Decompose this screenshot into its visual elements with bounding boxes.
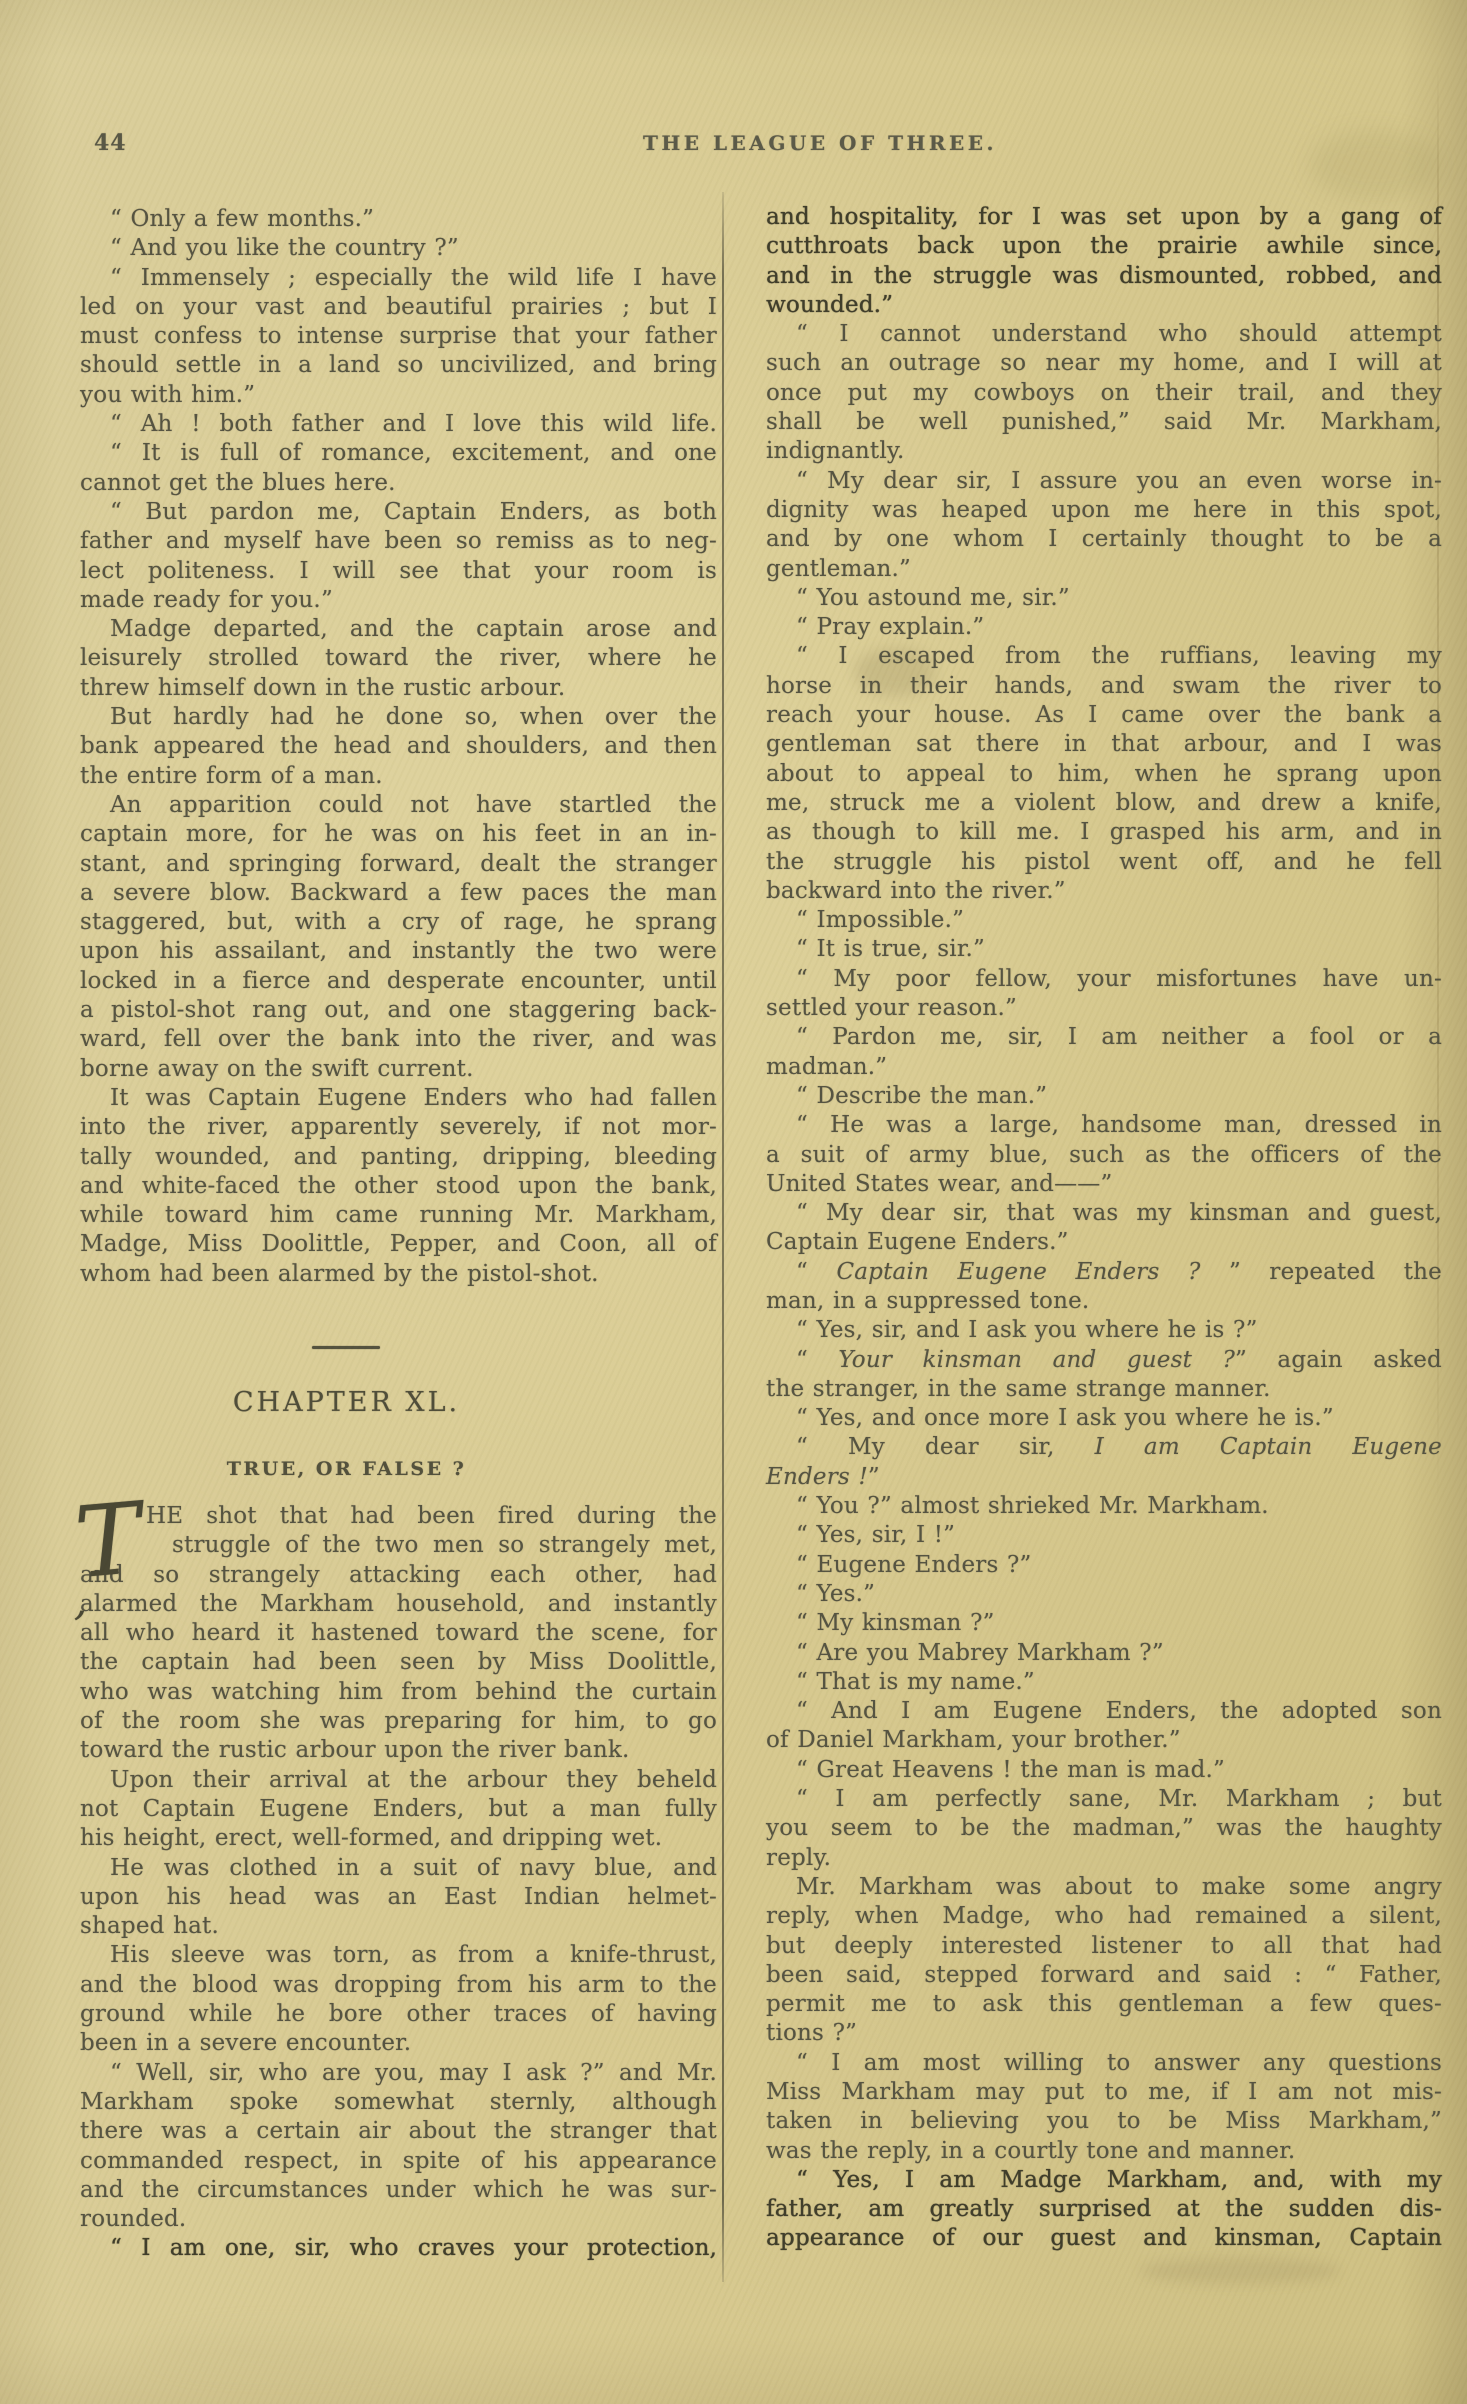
page-number: 44 xyxy=(94,130,127,156)
text-line: “ Eugene Enders ?” xyxy=(766,1551,1442,1580)
text-line: “ Yes, sir, I !” xyxy=(766,1521,1442,1550)
paragraph: “ Yes, sir, I !” xyxy=(766,1521,1442,1550)
text-line: while toward him came running Mr. Markha… xyxy=(80,1201,717,1230)
text-line: made ready for you.” xyxy=(80,586,717,615)
text-line: and hospitality, for I was set upon by a… xyxy=(766,203,1442,232)
text-line: threw himself down in the rustic arbour. xyxy=(80,674,717,703)
paragraph: “ That is my name.” xyxy=(766,1668,1442,1697)
text-line: as though to kill me. I grasped his arm,… xyxy=(766,818,1442,847)
text-line: not Captain Eugene Enders, but a man ful… xyxy=(80,1795,717,1824)
text-line: “ Yes, I am Madge Markham, and, with my xyxy=(766,2166,1442,2195)
text-line: gentleman sat there in that arbour, and … xyxy=(766,730,1442,759)
text-line: of Daniel Markham, your brother.” xyxy=(766,1726,1442,1755)
text-line: ward, fell over the bank into the river,… xyxy=(80,1025,717,1054)
text-line: been said, stepped forward and said : “ … xyxy=(766,1961,1442,1990)
text-line: must confess to intense surprise that yo… xyxy=(80,322,717,351)
text-line: “ Well, sir, who are you, may I ask ?” a… xyxy=(80,2059,717,2088)
text-line: Miss Markham may put to me, if I am not … xyxy=(766,2078,1442,2107)
text-line: leisurely strolled toward the river, whe… xyxy=(80,644,717,673)
text-line: “ My dear sir, I assure you an even wors… xyxy=(766,467,1442,496)
paragraph: “ Impossible.” xyxy=(766,906,1442,935)
paragraph: “ Are you Mabrey Markham ?” xyxy=(766,1639,1442,1668)
text-line: “ Yes, sir, and I ask you where he is ?” xyxy=(766,1316,1442,1345)
text-line: commanded respect, in spite of his appea… xyxy=(80,2147,717,2176)
text-line: and the circumstances under which he was… xyxy=(80,2176,717,2205)
text-line: reply. xyxy=(766,1844,1442,1873)
text-line: “ My kinsman ?” xyxy=(766,1609,1442,1638)
text-line: his height, erect, well-formed, and drip… xyxy=(80,1824,717,1853)
text-line: “ And I am Eugene Enders, the adopted so… xyxy=(766,1697,1442,1726)
paragraph: “ My dear sir, that was my kinsman and g… xyxy=(766,1199,1442,1258)
text-line: Upon their arrival at the arbour they be… xyxy=(80,1766,717,1795)
text-line: backward into the river.” xyxy=(766,877,1442,906)
chapter-subheading: TRUE, OR FALSE ? xyxy=(80,1456,613,1482)
text-line: “ You ?” almost shrieked Mr. Markham. xyxy=(766,1492,1442,1521)
paragraph: THE shot that had been fired during thes… xyxy=(80,1502,717,1766)
paragraph: “ You astound me, sir.” xyxy=(766,584,1442,613)
text-line: such an outrage so near my home, and I w… xyxy=(766,349,1442,378)
text-line: cutthroats back upon the prairie awhile … xyxy=(766,232,1442,261)
text-line: “ It is full of romance, excitement, and… xyxy=(80,439,717,468)
paragraph: “ I escaped from the ruffians, leaving m… xyxy=(766,642,1442,906)
text-line: Madge departed, and the captain arose an… xyxy=(80,615,717,644)
text-line: locked in a fierce and desperate encount… xyxy=(80,967,717,996)
text-line: and by one whom I certainly thought to b… xyxy=(766,525,1442,554)
paragraph: An apparition could not have startled th… xyxy=(80,791,717,1084)
paragraph: “ I am perfectly sane, Mr. Markham ; but… xyxy=(766,1785,1442,1873)
text-line: “ Pardon me, sir, I am neither a fool or… xyxy=(766,1023,1442,1052)
text-line: bank appeared the head and shoulders, an… xyxy=(80,732,717,761)
text-line: been in a severe encounter. xyxy=(80,2029,717,2058)
paragraph: “ Yes, and once more I ask you where he … xyxy=(766,1404,1442,1433)
text-line: but deeply interested listener to all th… xyxy=(766,1932,1442,1961)
text-line: shaped hat. xyxy=(80,1912,717,1941)
text-line: Markham spoke somewhat sternly, although xyxy=(80,2088,717,2117)
text-line: settled your reason.” xyxy=(766,994,1442,1023)
text-line: whom had been alarmed by the pistol-shot… xyxy=(80,1260,717,1289)
paragraph: “ Well, sir, who are you, may I ask ?” a… xyxy=(80,2059,717,2235)
text-line: a suit of army blue, such as the officer… xyxy=(766,1141,1442,1170)
text-line: “ My dear sir, I am Captain Eugene xyxy=(766,1433,1442,1462)
text-line: Enders !” xyxy=(766,1463,1442,1492)
text-line: and in the struggle was dismounted, robb… xyxy=(766,262,1442,291)
text-line: “ Describe the man.” xyxy=(766,1082,1442,1111)
right-text-column: and hospitality, for I was set upon by a… xyxy=(766,203,1442,2254)
text-line: permit me to ask this gentleman a few qu… xyxy=(766,1990,1442,2019)
paragraph: “ Captain Eugene Enders ? ” repeated the… xyxy=(766,1258,1442,1317)
text-line: and white-faced the other stood upon the… xyxy=(80,1172,717,1201)
text-line: “ Only a few months.” xyxy=(80,205,717,234)
paragraph: “ He was a large, handsome man, dressed … xyxy=(766,1111,1442,1199)
paragraph: “ Eugene Enders ?” xyxy=(766,1551,1442,1580)
paper-stain xyxy=(1310,130,1440,200)
text-line: “ I am perfectly sane, Mr. Markham ; but xyxy=(766,1785,1442,1814)
text-line: But hardly had he done so, when over the xyxy=(80,703,717,732)
text-line: “ Yes, and once more I ask you where he … xyxy=(766,1404,1442,1433)
text-line: horse in their hands, and swam the river… xyxy=(766,672,1442,701)
text-line: “ Great Heavens ! the man is mad.” xyxy=(766,1756,1442,1785)
text-line: “ I escaped from the ruffians, leaving m… xyxy=(766,642,1442,671)
text-line: toward the rustic arbour upon the river … xyxy=(80,1736,717,1765)
text-line: father, am greatly surprised at the sudd… xyxy=(766,2195,1442,2224)
text-line: the stranger, in the same strange manner… xyxy=(766,1375,1442,1404)
text-line: tally wounded, and panting, dripping, bl… xyxy=(80,1143,717,1172)
text-line: ground while he bore other traces of hav… xyxy=(80,2000,717,2029)
text-line: “ Captain Eugene Enders ? ” repeated the xyxy=(766,1258,1442,1287)
text-line: rounded. xyxy=(80,2205,717,2234)
text-line: “ Ah ! both father and I love this wild … xyxy=(80,410,717,439)
text-line: His sleeve was torn, as from a knife-thr… xyxy=(80,1941,717,1970)
text-line: “ Pray explain.” xyxy=(766,613,1442,642)
text-line: Madge, Miss Doolittle, Pepper, and Coon,… xyxy=(80,1230,717,1259)
paragraph: He was clothed in a suit of navy blue, a… xyxy=(80,1854,717,1942)
text-line: me, struck me a violent blow, and drew a… xyxy=(766,789,1442,818)
paragraph: “ Yes.” xyxy=(766,1580,1442,1609)
text-line: “ But pardon me, Captain Enders, as both xyxy=(80,498,717,527)
text-line: “ Are you Mabrey Markham ?” xyxy=(766,1639,1442,1668)
text-line: madman.” xyxy=(766,1053,1442,1082)
text-line: An apparition could not have startled th… xyxy=(80,791,717,820)
text-line: “ My dear sir, that was my kinsman and g… xyxy=(766,1199,1442,1228)
paragraph: “ My dear sir, I am Captain EugeneEnders… xyxy=(766,1433,1442,1492)
chapter-heading: CHAPTER XL. xyxy=(80,1386,613,1420)
text-line: gentleman.” xyxy=(766,555,1442,584)
text-line: taken in believing you to be Miss Markha… xyxy=(766,2107,1442,2136)
text-line: there was a certain air about the strang… xyxy=(80,2117,717,2146)
text-line: THE shot that had been fired during the xyxy=(80,1502,717,1531)
text-line: “ I am one, sir, who craves your protect… xyxy=(80,2234,717,2263)
running-title: THE LEAGUE OF THREE. xyxy=(643,131,997,155)
text-line: was the reply, in a courtly tone and man… xyxy=(766,2137,1442,2166)
text-line: indignantly. xyxy=(766,437,1442,466)
paragraph: and hospitality, for I was set upon by a… xyxy=(766,203,1442,320)
text-line: Mr. Markham was about to make some angry xyxy=(766,1873,1442,1902)
paragraph: Upon their arrival at the arbour they be… xyxy=(80,1766,717,1854)
text-line: United States wear, and——” xyxy=(766,1170,1442,1199)
text-line: wounded.” xyxy=(766,291,1442,320)
paragraph: “ Your kinsman and guest ?” again askedt… xyxy=(766,1346,1442,1405)
paragraph: But hardly had he done so, when over the… xyxy=(80,703,717,791)
text-line: into the river, apparently severely, if … xyxy=(80,1113,717,1142)
text-line: about to appeal to him, when he sprang u… xyxy=(766,760,1442,789)
text-line: It was Captain Eugene Enders who had fal… xyxy=(80,1084,717,1113)
paragraph: “ Describe the man.” xyxy=(766,1082,1442,1111)
text-line: all who heard it hastened toward the sce… xyxy=(80,1619,717,1648)
paragraph: “ Great Heavens ! the man is mad.” xyxy=(766,1756,1442,1785)
paragraph: “ But pardon me, Captain Enders, as both… xyxy=(80,498,717,615)
paper-stain xyxy=(1140,2258,1340,2284)
text-line: and the blood was dropping from his arm … xyxy=(80,1971,717,2000)
text-line: father and myself have been so remiss as… xyxy=(80,527,717,556)
text-line: man, in a suppressed tone. xyxy=(766,1287,1442,1316)
text-line: you seem to be the madman,” was the haug… xyxy=(766,1814,1442,1843)
paragraph: “ It is full of romance, excitement, and… xyxy=(80,439,717,498)
paragraph: “ You ?” almost shrieked Mr. Markham. xyxy=(766,1492,1442,1521)
text-line: He was clothed in a suit of navy blue, a… xyxy=(80,1854,717,1883)
text-line: “ Yes.” xyxy=(766,1580,1442,1609)
drop-cap-letter: T xyxy=(71,1486,180,1604)
text-line: shall be well punished,” said Mr. Markha… xyxy=(766,408,1442,437)
paragraph: “ I am one, sir, who craves your protect… xyxy=(80,2234,717,2263)
text-line: “ You astound me, sir.” xyxy=(766,584,1442,613)
text-line: “ Immensely ; especially the wild life I… xyxy=(80,264,717,293)
scanned-book-page: { "colors": { "paper": "#d7c992", "ink":… xyxy=(0,0,1467,2404)
section-break-rule xyxy=(312,1346,380,1349)
paragraph: “ I cannot understand who should attempt… xyxy=(766,320,1442,466)
text-line: captain more, for he was on his feet in … xyxy=(80,820,717,849)
text-line: cannot get the blues here. xyxy=(80,469,717,498)
paragraph: “ My dear sir, I assure you an even wors… xyxy=(766,467,1442,584)
text-line: “ I am most willing to answer any questi… xyxy=(766,2049,1442,2078)
text-line: upon his head was an East Indian helmet- xyxy=(80,1883,717,1912)
text-line: the struggle his pistol went off, and he… xyxy=(766,848,1442,877)
text-line: borne away on the swift current. xyxy=(80,1055,717,1084)
text-line: “ It is true, sir.” xyxy=(766,935,1442,964)
text-line: staggered, but, with a cry of rage, he s… xyxy=(80,908,717,937)
text-line: stant, and springing forward, dealt the … xyxy=(80,850,717,879)
text-line: the captain had been seen by Miss Doolit… xyxy=(80,1648,717,1677)
text-line: appearance of our guest and kinsman, Cap… xyxy=(766,2224,1442,2253)
text-line: should settle in a land so uncivilized, … xyxy=(80,351,717,380)
text-line: the entire form of a man. xyxy=(80,762,717,791)
text-line: “ Your kinsman and guest ?” again asked xyxy=(766,1346,1442,1375)
text-line: of the room she was preparing for him, t… xyxy=(80,1707,717,1736)
paragraph: “ It is true, sir.” xyxy=(766,935,1442,964)
text-line: “ My poor fellow, your misfortunes have … xyxy=(766,965,1442,994)
paragraph: “ My kinsman ?” xyxy=(766,1609,1442,1638)
text-line: dignity was heaped upon me here in this … xyxy=(766,496,1442,525)
text-line: “ I cannot understand who should attempt xyxy=(766,320,1442,349)
text-line: once put my cowboys on their trail, and … xyxy=(766,379,1442,408)
text-line: tions ?” xyxy=(766,2019,1442,2048)
paragraph: “ Only a few months.” xyxy=(80,205,717,234)
text-line: “ That is my name.” xyxy=(766,1668,1442,1697)
text-line: a pistol-shot rang out, and one staggeri… xyxy=(80,996,717,1025)
paragraph: “ Yes, sir, and I ask you where he is ?” xyxy=(766,1316,1442,1345)
left-text-column: “ Only a few months.”“ And you like the … xyxy=(80,205,717,2264)
paragraph: “ Immensely ; especially the wild life I… xyxy=(80,264,717,410)
text-line: “ Impossible.” xyxy=(766,906,1442,935)
paragraph: It was Captain Eugene Enders who had fal… xyxy=(80,1084,717,1289)
text-line: reply, when Madge, who had remained a si… xyxy=(766,1902,1442,1931)
column-divider-rule xyxy=(722,192,724,2282)
text-line: “ He was a large, handsome man, dressed … xyxy=(766,1111,1442,1140)
paragraph: “ Pardon me, sir, I am neither a fool or… xyxy=(766,1023,1442,1082)
text-line: a severe blow. Backward a few paces the … xyxy=(80,879,717,908)
text-line: upon his assailant, and instantly the tw… xyxy=(80,937,717,966)
text-line: Captain Eugene Enders.” xyxy=(766,1228,1442,1257)
paragraph: “ My poor fellow, your misfortunes have … xyxy=(766,965,1442,1024)
paragraph: “ I am most willing to answer any questi… xyxy=(766,2049,1442,2166)
text-line: who was watching him from behind the cur… xyxy=(80,1678,717,1707)
text-line: “ And you like the country ?” xyxy=(80,234,717,263)
paragraph: “ Yes, I am Madge Markham, and, with myf… xyxy=(766,2166,1442,2254)
text-line: you with him.” xyxy=(80,381,717,410)
paragraph: “ Ah ! both father and I love this wild … xyxy=(80,410,717,439)
paragraph: Mr. Markham was about to make some angry… xyxy=(766,1873,1442,2049)
paper-stain xyxy=(150,2330,410,2370)
text-line: lect politeness. I will see that your ro… xyxy=(80,557,717,586)
text-line: led on your vast and beautiful prairies … xyxy=(80,293,717,322)
paragraph: His sleeve was torn, as from a knife-thr… xyxy=(80,1941,717,2058)
paragraph: Madge departed, and the captain arose an… xyxy=(80,615,717,703)
text-line: reach your house. As I came over the ban… xyxy=(766,701,1442,730)
paragraph: “ And I am Eugene Enders, the adopted so… xyxy=(766,1697,1442,1756)
paragraph: “ And you like the country ?” xyxy=(80,234,717,263)
paragraph: “ Pray explain.” xyxy=(766,613,1442,642)
